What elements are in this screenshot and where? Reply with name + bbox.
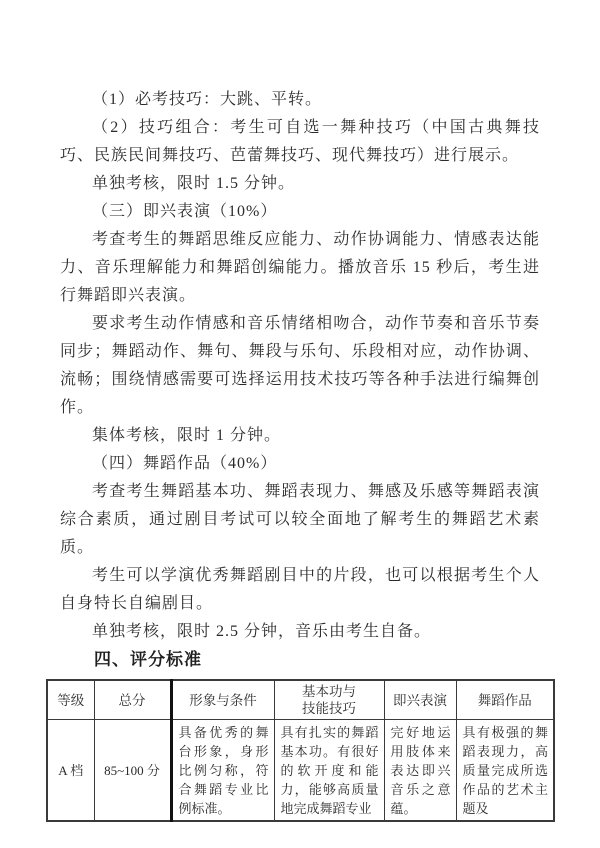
table-row-grade-a: A 档 85~100 分 具备优秀的舞台形象，身形比例匀称，符合舞蹈专业比例标准… xyxy=(47,720,554,822)
header-cell-total-score: 总分 xyxy=(94,680,171,720)
paragraph-dance-work-title: （四）舞蹈作品（40%） xyxy=(60,450,540,478)
header-cell-grade: 等级 xyxy=(47,680,94,720)
header-cell-figure-condition: 形象与条件 xyxy=(171,680,274,720)
paragraph-improvisation-desc: 考查考生的舞蹈思维反应能力、动作协调能力、情感表达能力、音乐理解能力和舞蹈创编能… xyxy=(60,226,540,310)
paragraph-skill-combination: （2）技巧组合：考生可自选一舞种技巧（中国古典舞技巧、民族民间舞技巧、芭蕾舞技巧… xyxy=(60,114,540,170)
paragraph-dance-work-desc: 考查考生舞蹈基本功、舞蹈表现力、舞感及乐感等舞蹈表演综合素质，通过剧目考试可以较… xyxy=(60,478,540,562)
cell-dance-work: 具有极强的舞蹈表现力，高质量完成所选作品的艺术主题及 xyxy=(456,720,554,822)
header-cell-improvisation: 即兴表演 xyxy=(384,680,456,720)
scoring-table: 等级 总分 形象与条件 基本功与 技能技巧 即兴表演 舞蹈作品 A 档 85~1… xyxy=(46,679,555,822)
paragraph-individual-limit-2-5: 单独考核，限时 2.5 分钟，音乐由考生自备。 xyxy=(60,618,540,646)
header-cell-basic-skills: 基本功与 技能技巧 xyxy=(274,680,384,720)
cell-basic-skills: 具有扎实的舞蹈基本功。有很好的软开度和能力，能够高质量地完成舞蹈专业 xyxy=(274,720,384,822)
document-page: （1）必考技巧：大跳、平转。 （2）技巧组合：考生可自选一舞种技巧（中国古典舞技… xyxy=(0,0,600,848)
scoring-table-header-row: 等级 总分 形象与条件 基本功与 技能技巧 即兴表演 舞蹈作品 xyxy=(47,680,554,720)
paragraph-improvisation-title: （三）即兴表演（10%） xyxy=(60,198,540,226)
paragraph-required-skills: （1）必考技巧：大跳、平转。 xyxy=(60,86,540,114)
paragraph-individual-limit-1-5: 单独考核，限时 1.5 分钟。 xyxy=(60,170,540,198)
paragraph-group-limit-1: 集体考核，限时 1 分钟。 xyxy=(60,422,540,450)
cell-improvisation: 完好地运用肢体来表达即兴音乐之意蕴。 xyxy=(384,720,456,822)
document-body: （1）必考技巧：大跳、平转。 （2）技巧组合：考生可自选一舞种技巧（中国古典舞技… xyxy=(60,86,540,674)
paragraph-dance-work-choice: 考生可以学演优秀舞蹈剧目中的片段，也可以根据考生个人自身特长自编剧目。 xyxy=(60,562,540,618)
cell-score-range: 85~100 分 xyxy=(94,720,171,822)
cell-grade-a: A 档 xyxy=(47,720,94,822)
section-heading-scoring-criteria: 四、评分标准 xyxy=(60,646,540,674)
paragraph-improvisation-req: 要求考生动作情感和音乐情绪相吻合，动作节奏和音乐节奏同步；舞蹈动作、舞句、舞段与… xyxy=(60,310,540,422)
cell-figure-condition: 具备优秀的舞台形象，身形比例匀称，符合舞蹈专业比例标准。 xyxy=(171,720,274,822)
header-cell-dance-work: 舞蹈作品 xyxy=(456,680,554,720)
